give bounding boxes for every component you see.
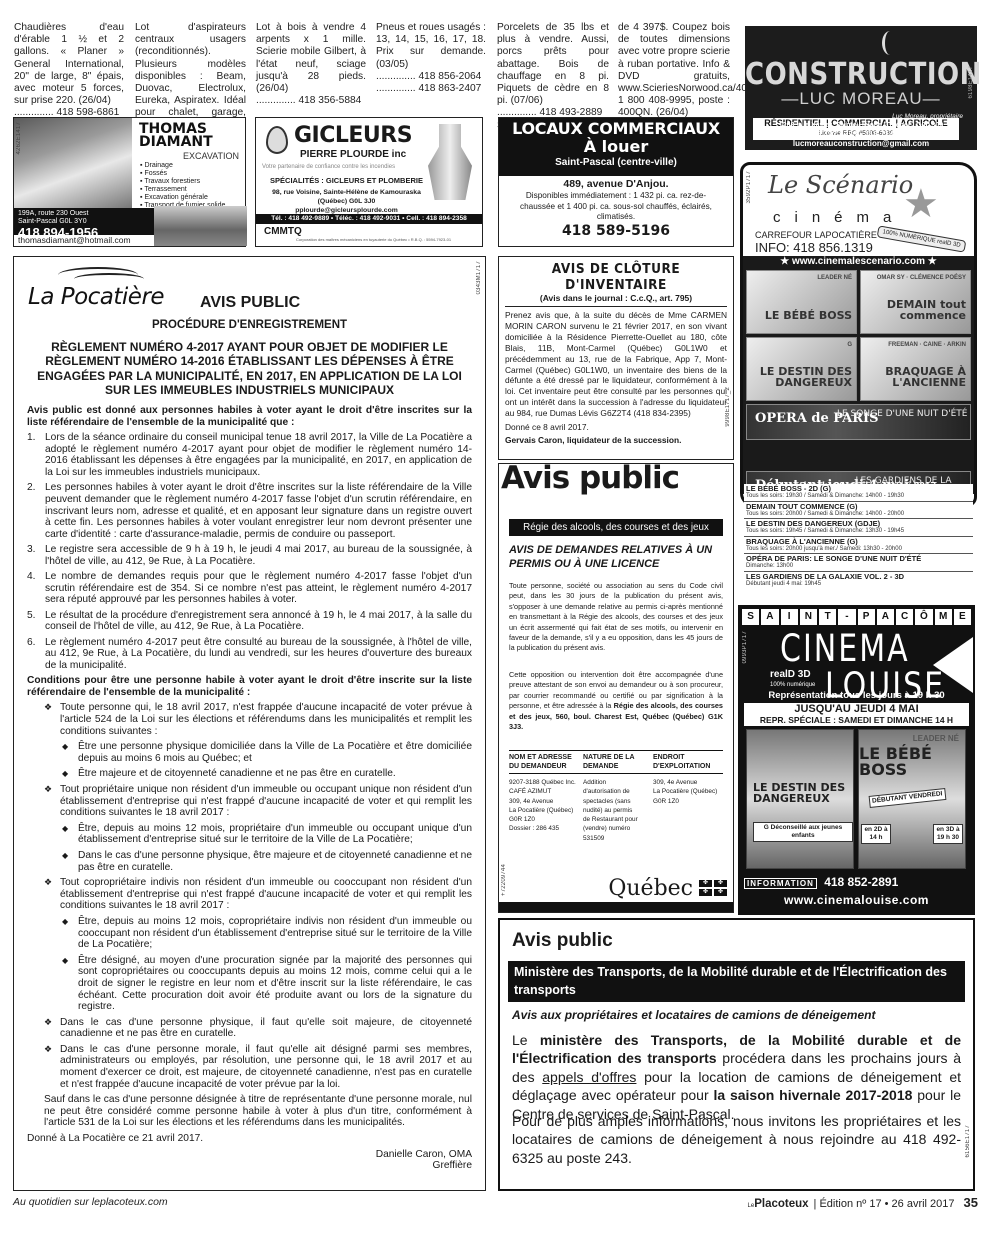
ad-code: 4262E1417 <box>16 122 22 155</box>
notice-item-text: Lors de la séance ordinaire du conseil m… <box>41 432 472 478</box>
condition-item: ❖Tout copropriétaire indivis non résiden… <box>27 877 472 912</box>
diamond-bullet-icon: ❖ <box>44 784 60 819</box>
ad-code: 6198E1417 <box>968 66 974 99</box>
diamond-bullet-icon: ❖ <box>44 877 60 912</box>
text-underline: appels d'offres <box>542 1069 636 1085</box>
condition-subitem: ◆Dans le cas d'une personne physique, êt… <box>27 850 472 873</box>
le-scenario-cinema-ad: 3592P1717 Le Scénario ★ cinéma CARREFOUR… <box>740 162 977 507</box>
classified-ad: de 4 397$. Coupez bois de toutes dimensi… <box>618 22 730 120</box>
table-cell: 309, 4e Avenue La Pocatière (Québec) G0R… <box>653 778 723 843</box>
title-strip: S A I N T - P A C Ô M E <box>742 609 971 625</box>
ad-logo-sub: —LUC MOREAU— <box>745 89 977 109</box>
diamond-bullet-icon: ❖ <box>44 702 60 737</box>
movie-title: BRAQUAGE À L'ANCIENNE (G) <box>746 537 971 546</box>
cinema-louise-ad: S A I N T - P A C Ô M E 0993P1717 CINEMA… <box>738 605 975 915</box>
schedule-row: BRAQUAGE À L'ANCIENNE (G)Tous les soirs:… <box>744 537 973 555</box>
notice-subtitle: Avis aux propriétaires et locataires de … <box>512 1008 875 1022</box>
strip-letter: E <box>954 609 971 625</box>
movie-times: Tous les soirs: 19h45 / Samedi & Dimanch… <box>746 528 971 536</box>
strip-letter: S <box>742 609 759 625</box>
classified-ad: Porcelets de 35 lbs et plus à vendre. Au… <box>497 22 609 132</box>
bullet-icon: ◆ <box>62 916 78 951</box>
notice-item: 6.Le règlement numéro 4-2017 peut être c… <box>27 637 472 672</box>
condition-item: ❖Tout propriétaire unique non résident d… <box>27 784 472 819</box>
condition-text: Toute personne qui, le 18 avril 2017, n'… <box>60 702 472 737</box>
showtime-3d: en 3D à 19 h 30 <box>933 824 963 844</box>
notice-item: 3.Le registre sera accessible de 9 h à 1… <box>27 544 472 567</box>
movie-poster: FREEMAN · CAINE · ARKINBRAQUAGE À L'ANCI… <box>860 337 971 401</box>
signature-title: Greffière <box>27 1160 472 1172</box>
ad-address-block: 98, rue Voisine, Sainte-Hélène de Kamour… <box>264 188 429 215</box>
rating-badge: G Déconseillé aux jeunes enfants <box>753 822 853 842</box>
strip-letter: M <box>935 609 952 625</box>
condition-item: ❖Toute personne qui, le 18 avril 2017, n… <box>27 702 472 737</box>
movie-title: OPÉRA DE PARIS: LE SONGE D'UNE NUIT D'ÉT… <box>746 554 971 563</box>
table-row: 9207-3188 Québec Inc. CAFÉ AZIMUT 309, 4… <box>509 774 723 843</box>
column-header: ENDROIT D'EXPLOITATION <box>653 753 723 771</box>
strip-letter: T <box>819 609 836 625</box>
service-item: Fossés <box>140 170 225 178</box>
movie-poster: LEADER NÉLE BÉBÉ BOSS <box>746 270 857 334</box>
strip-letter: C <box>896 609 913 625</box>
notice-item-text: Le règlement numéro 4-2017 peut être con… <box>41 637 472 672</box>
condition-subtext: Être désigné, au moyen d'une procuration… <box>78 955 472 1013</box>
strip-letter: P <box>858 609 875 625</box>
la-pocatiere-avis-public: La Pocatière AVIS PUBLIC 0343M1717 PROCÉ… <box>13 256 486 1191</box>
notice-intro: Avis public est donné aux personnes habi… <box>27 405 472 428</box>
bullet-icon: ◆ <box>62 741 78 764</box>
schedule-row: LES GARDIENS DE LA GALAXIE VOL. 2 - 3DDé… <box>744 572 973 589</box>
classified-ad: Chaudières d'eau d'érable 1 ½ et 2 gallo… <box>14 22 124 120</box>
condition-subitem: ◆Être majeure et de citoyenneté canadien… <box>27 768 472 780</box>
info-line: INFORMATION 418 852-2891 <box>744 875 969 889</box>
movie-times: Débutant jeudi 4 mai: 19h45 <box>746 581 971 589</box>
notice-signature: Gervais Caron, liquidateur de la success… <box>505 435 727 445</box>
notice-item-text: Les personnes habiles à voter ayant le d… <box>41 482 472 540</box>
notice-sauf: Sauf dans le cas d'une personne désignée… <box>27 1094 472 1129</box>
services-list: Drainage Fossés Travaux forestiers Terra… <box>140 162 225 210</box>
ad-address-line: 199A, route 230 Ouest <box>18 210 150 218</box>
ad-address: 98, rue Voisine, Sainte-Hélène de Kamour… <box>264 188 429 206</box>
conditions-title: Conditions pour être une personne habile… <box>27 675 472 698</box>
bullet-icon: ◆ <box>62 955 78 1013</box>
ad-website: ★ www.cinemalescenario.com ★ <box>743 256 974 268</box>
truck-photo <box>154 206 247 246</box>
strip-letter: A <box>761 609 778 625</box>
star-icon: ★ <box>903 181 939 227</box>
sprinkler-icon <box>428 124 472 200</box>
quebec-logo: Québec <box>608 876 693 901</box>
ad-phone: 418 589-5196 <box>499 223 733 240</box>
strip-letter: N <box>800 609 817 625</box>
classified-text: Chaudières d'eau d'érable 1 ½ et 2 gallo… <box>14 22 124 106</box>
schedule-row: LE BÉBÉ BOSS - 2D (G)Tous les soirs: 19h… <box>744 484 973 502</box>
reald-badge: 100% NUMÉRIQUE realD 3D <box>877 225 967 252</box>
notice-paragraph: Toute personne, société ou association a… <box>509 581 723 654</box>
edition-info: | Édition nº 17 • 26 avril 2017 <box>814 1198 955 1210</box>
info-phone: 418 852-2891 <box>824 875 898 889</box>
notice-title: Avis public <box>512 930 613 952</box>
strip-letter: A <box>877 609 894 625</box>
movie-times: Tous les soirs: 19h30 / Samedi & Dimanch… <box>746 493 971 501</box>
table-cell: 9207-3188 Québec Inc. CAFÉ AZIMUT 309, 4… <box>509 778 583 843</box>
gicleurs-plourde-ad: GICLEURS PIERRE PLOURDE inc Votre parten… <box>255 117 483 247</box>
locaux-commerciaux-ad: LOCAUX COMMERCIAUX À louer Saint-Pascal … <box>498 117 734 247</box>
ad-body: 489, avenue D'Anjou. Disponibles immédia… <box>499 178 733 240</box>
notice-subtitle: (Avis dans le journal : C.c.Q., art. 795… <box>505 293 727 307</box>
notice-paragraph: Le ministère des Transports, de la Mobil… <box>512 1031 961 1123</box>
notice-title: Avis public <box>501 460 679 496</box>
footer-edition: LePlacoteux | Édition nº 17 • 26 avril 2… <box>748 1195 978 1210</box>
notice-item-text: Le registre sera accessible de 9 h à 19 … <box>41 544 472 567</box>
debut-badge: DÉBUTANT VENDREDI <box>869 788 947 808</box>
notice-content: Avis public est donné aux personnes habi… <box>27 405 472 1172</box>
classified-ad: Lot à bois à vendre 4 arpents x 1 mille.… <box>256 22 366 107</box>
municipality-logo: La Pocatière <box>28 284 164 310</box>
notice-organization: Régie des alcools, des courses et des je… <box>509 519 723 536</box>
ad-subtitle: EXCAVATION <box>183 151 239 161</box>
poster-tag: LEADER NÉ <box>817 275 852 281</box>
movie-poster: GLE DESTIN DES DANGEREUX <box>746 337 857 401</box>
condition-subitem: ◆Être désigné, au moyen d'une procuratio… <box>27 955 472 1013</box>
schedule-list: LE BÉBÉ BOSS - 2D (G)Tous les soirs: 19h… <box>744 484 973 588</box>
condition-subtext: Être une personne physique domiciliée da… <box>78 741 472 764</box>
ad-email: lucmoreauconstruction@gmail.com <box>745 139 977 148</box>
movie-title: DEMAIN TOUT COMMENCE (G) <box>746 502 971 511</box>
condition-item: ❖Dans le cas d'une personne physique, il… <box>27 1017 472 1040</box>
classified-phone: .............. 418 356-5884 <box>256 95 366 107</box>
column-header: NATURE DE LA DEMANDE <box>583 753 653 771</box>
footer-bar <box>499 902 733 912</box>
arrow-shape <box>933 637 973 693</box>
notice-reglement: RÈGLEMENT NUMÉRO 4-2017 AYANT POUR OBJET… <box>26 340 473 397</box>
showtime-2d: en 2D à 14 h <box>861 824 891 844</box>
ad-phones: Tél. : 418 492-9889 • Téléc. : 418 492-9… <box>256 214 482 224</box>
movie-poster: LE DESTIN DES DANGEREUX G Déconseillé au… <box>746 729 854 869</box>
notice-paragraph: Pour de plus amples informations, nous i… <box>512 1112 961 1167</box>
notice-title: AVIS PUBLIC <box>200 294 300 312</box>
strip-letter: I <box>781 609 798 625</box>
movie-times: Dimanche: 13h00 <box>746 563 971 571</box>
notice-ministry: Ministère des Transports, de la Mobilité… <box>508 961 965 1002</box>
service-item: Terrassement <box>140 186 225 194</box>
classified-text: Porcelets de 35 lbs et plus à vendre. Au… <box>497 22 609 106</box>
movie-poster: OPERA de PARISLE SONGE D'UNE NUIT D'ÉTÉ <box>746 404 971 440</box>
notice-title: AVIS DE CLÔTURE D'INVENTAIRE <box>516 261 716 293</box>
classified-text: Pneus et roues usagés : 13, 14, 15, 16, … <box>376 22 486 70</box>
condition-subitem: ◆Être, depuis au moins 12 mois, propriét… <box>27 823 472 846</box>
thomas-diamant-ad: THOMAS DIAMANT EXCAVATION Drainage Fossé… <box>13 117 246 247</box>
movie-poster: LEADER NÉ LE BÉBÉ BOSS DÉBUTANT VENDREDI… <box>858 729 966 869</box>
cmmtq-caption: Corporation des maîtres mécaniciens en t… <box>296 237 451 242</box>
notice-item-text: Le résultat de la procédure d'enregistre… <box>41 610 472 633</box>
ad-email: thomasdiamant@hotmail.com <box>18 235 131 245</box>
diamond-bullet-icon: ❖ <box>44 1044 60 1090</box>
reald-logo: realD 3D <box>770 669 811 680</box>
numerique-label: 100% numérique <box>770 682 815 688</box>
notice-procedure: PROCÉDURE D'ENREGISTREMENT <box>14 319 485 331</box>
fleurdelise-flag-icon: ✤✤✤✤ <box>699 880 727 896</box>
representation-time: Représentation tous les jours à 19 h 30 <box>740 690 973 701</box>
excavator-photo <box>14 118 132 208</box>
poster-tag: G <box>847 342 852 348</box>
poster-tag: LEADER NÉ <box>913 734 959 743</box>
ad-website: www.cinemalouise.com <box>740 893 973 907</box>
until-box: JUSQU'AU JEUDI 4 MAI REPR. SPÉCIALE : SA… <box>744 703 969 726</box>
cinema-program: ★ www.cinemalescenario.com ★ LEADER NÉLE… <box>743 256 974 494</box>
classified-ad: Pneus et roues usagés : 13, 14, 15, 16, … <box>376 22 486 95</box>
ad-code: 3592P1717 <box>746 171 752 204</box>
classified-text: Lot d'aspirateurs centraux usagers (reco… <box>135 22 246 131</box>
regie-avis-public: Avis public Régie des alcools, des cours… <box>498 463 734 913</box>
construction-contact: Luc Moreau, propriétaire 1208, rue Xavie… <box>745 112 977 148</box>
avis-cloture-inventaire: AVIS DE CLÔTURE D'INVENTAIRE (Avis dans … <box>498 256 734 460</box>
notice-item: 1.Lors de la séance ordinaire du conseil… <box>27 432 472 478</box>
signature-name: Danielle Caron, OMA <box>27 1149 472 1161</box>
text: Le <box>512 1032 540 1048</box>
ad-subtitle: cinéma <box>773 209 905 226</box>
poster-title: LE BÉBÉ BOSS <box>765 310 852 321</box>
ad-subtitle: À louer <box>499 138 733 156</box>
drop-logo-icon <box>266 126 288 154</box>
schedule-row: OPÉRA DE PARIS: LE SONGE D'UNE NUIT D'ÉT… <box>744 554 973 572</box>
condition-subtext: Être, depuis au moins 12 mois, propriéta… <box>78 823 472 846</box>
bullet-icon: ◆ <box>62 850 78 873</box>
service-item: Drainage <box>140 162 225 170</box>
footer-website: Au quotidien sur leplacoteux.com <box>13 1196 168 1208</box>
movie-times: Tous les soirs: 20h00 / Samedi & Dimanch… <box>746 511 971 519</box>
movie-poster: OMAR SY · CLÉMENCE POÉSYDEMAIN tout comm… <box>860 270 971 334</box>
ad-address-box: 199A, route 230 Ouest Saint-Pascal G0L 3… <box>14 208 154 235</box>
condition-subitem: ◆Être une personne physique domiciliée d… <box>27 741 472 764</box>
ad-header: LOCAUX COMMERCIAUX À louer Saint-Pascal … <box>499 118 733 176</box>
ad-subtitle: PIERRE PLOURDE inc <box>300 149 406 160</box>
ad-code: 9998E1717_2 <box>725 387 731 427</box>
ad-location: CARREFOUR LAPOCATIÈRE <box>755 230 877 240</box>
notice-heading: AVIS DE DEMANDES RELATIVES À UN PERMIS O… <box>509 543 723 571</box>
condition-text: Tout propriétaire unique non résident d'… <box>60 784 472 819</box>
notice-date: Donné ce 8 avril 2017. <box>505 422 727 432</box>
strip-letter: Ô <box>915 609 932 625</box>
table-header: NOM ET ADRESSE DU DEMANDEUR NATURE DE LA… <box>509 751 723 774</box>
ad-code: 0993P1717 <box>742 631 748 664</box>
ad-address: 1208, rue Xavier, Sainte-Hélène (Québec)… <box>745 121 977 130</box>
classified-text: Lot à bois à vendre 4 arpents x 1 mille.… <box>256 22 366 94</box>
ad-code: 6156E1717 <box>965 1125 971 1158</box>
condition-text: Tout copropriétaire indivis non résident… <box>60 877 472 912</box>
poster-title: LE SONGE D'UNE NUIT D'ÉTÉ <box>837 409 968 420</box>
notice-item: 4.Le nombre de demandes requis pour que … <box>27 571 472 606</box>
movie-title: LE BÉBÉ BOSS - 2D (G) <box>746 484 971 493</box>
poster-title: LE DESTIN DES DANGEREUX <box>747 366 852 388</box>
condition-item: ❖Dans le cas d'une personne morale, il f… <box>27 1044 472 1090</box>
ad-address: 489, avenue D'Anjou. <box>499 178 733 191</box>
permit-table: NOM ET ADRESSE DU DEMANDEUR NATURE DE LA… <box>509 750 723 843</box>
service-item: Travaux forestiers <box>140 178 225 186</box>
condition-subtext: Être, depuis au moins 12 mois, coproprié… <box>78 916 472 951</box>
table-cell: Addition d'autorisation de spectacles (s… <box>583 778 653 843</box>
ad-code: 0343M1717 <box>476 261 482 295</box>
movie-title: LE DESTIN DES DANGEREUX (GDJE) <box>746 519 971 528</box>
brand-name: Placoteux <box>754 1198 808 1210</box>
ad-brand: THOMAS DIAMANT <box>139 123 245 149</box>
condition-subtext: Dans le cas d'une personne physique, êtr… <box>78 850 472 873</box>
ad-description: Disponibles immédiatement : 1 432 pi. ca… <box>499 191 733 223</box>
classified-phone: .............. 418 856-2064 <box>376 71 486 83</box>
text-bold: la saison hivernale 2017-2018 <box>713 1087 912 1103</box>
movie-title: LES GARDIENS DE LA GALAXIE VOL. 2 - 3D <box>746 572 971 581</box>
moon-icon <box>882 31 898 55</box>
poster-title: BRAQUAGE À L'ANCIENNE <box>861 366 966 388</box>
notice-item: 5.Le résultat de la procédure d'enregist… <box>27 610 472 633</box>
column-header: NOM ET ADRESSE DU DEMANDEUR <box>509 753 583 771</box>
ad-code: +72209744 <box>501 864 507 896</box>
notice-date: Donné à La Pocatière ce 21 avril 2017. <box>27 1133 472 1145</box>
ad-logo: CONSTRUCTION <box>745 58 977 93</box>
special-showing: REPR. SPÉCIALE : SAMEDI ET DIMANCHE 14 H <box>744 715 969 726</box>
poster-tag: FREEMAN · CAINE · ARKIN <box>888 342 966 348</box>
classified-phone: .............. 418 863-2407 <box>376 83 486 95</box>
movie-times: Tous les soirs: 20h00 jusqu'à mer./ Same… <box>746 546 971 554</box>
ad-owner: Luc Moreau, propriétaire <box>745 112 977 121</box>
notice-item-text: Le nombre de demandes requis pour que le… <box>41 571 472 606</box>
poster-title: LE BÉBÉ BOSS <box>859 746 951 778</box>
strip-letter: - <box>838 609 855 625</box>
ad-location: Saint-Pascal (centre-ville) <box>499 156 733 170</box>
ad-phones: 418 492-6728 • 418 714-4668 <box>745 130 977 139</box>
page-number: 35 <box>964 1195 978 1210</box>
ad-title: Le Scénario <box>768 171 913 199</box>
poster-title: LE DESTIN DES DANGEREUX <box>753 782 853 804</box>
condition-text: Dans le cas d'une personne physique, il … <box>60 1017 472 1040</box>
bullet-icon: ◆ <box>62 768 78 780</box>
until-date: JUSQU'AU JEUDI 4 MAI <box>744 703 969 715</box>
condition-text: Dans le cas d'une personne morale, il fa… <box>60 1044 472 1090</box>
notice-body: Prenez avis que, à la suite du décès de … <box>505 310 727 419</box>
schedule-row: DEMAIN TOUT COMMENCE (G)Tous les soirs: … <box>744 502 973 520</box>
ad-specialites: SPÉCIALITÉS : GICLEURS ET PLOMBERIE <box>264 176 429 186</box>
poster-title: DEMAIN tout commence <box>861 299 966 321</box>
condition-subitem: ◆Être, depuis au moins 12 mois, copropri… <box>27 916 472 951</box>
notice-paragraph: Cette opposition ou intervention doit êt… <box>509 670 723 732</box>
notice-item: 2.Les personnes habiles à voter ayant le… <box>27 482 472 540</box>
ad-tagline: Votre partenaire de confiance contre les… <box>262 164 395 170</box>
ad-title: GICLEURS <box>294 123 412 148</box>
schedule-row: LE DESTIN DES DANGEREUX (GDJE)Tous les s… <box>744 519 973 537</box>
service-item: Excavation générale <box>140 194 225 202</box>
notice-items: 1.Lors de la séance ordinaire du conseil… <box>27 432 472 671</box>
ad-phone: INFO: 418 856.1319 <box>755 240 873 255</box>
condition-subtext: Être majeure et de citoyenneté canadienn… <box>78 768 472 780</box>
ad-title: LOCAUX COMMERCIAUX <box>499 118 733 138</box>
newspaper-brand: LePlacoteux <box>748 1198 809 1210</box>
poster-tag: OMAR SY · CLÉMENCE POÉSY <box>877 275 966 281</box>
bullet-icon: ◆ <box>62 823 78 846</box>
mtq-avis-public: Avis public Ministère des Transports, de… <box>498 918 975 1191</box>
cmmtq-logo: CMMTQ <box>264 226 302 237</box>
diamond-bullet-icon: ❖ <box>44 1017 60 1040</box>
info-label: INFORMATION <box>744 878 817 889</box>
